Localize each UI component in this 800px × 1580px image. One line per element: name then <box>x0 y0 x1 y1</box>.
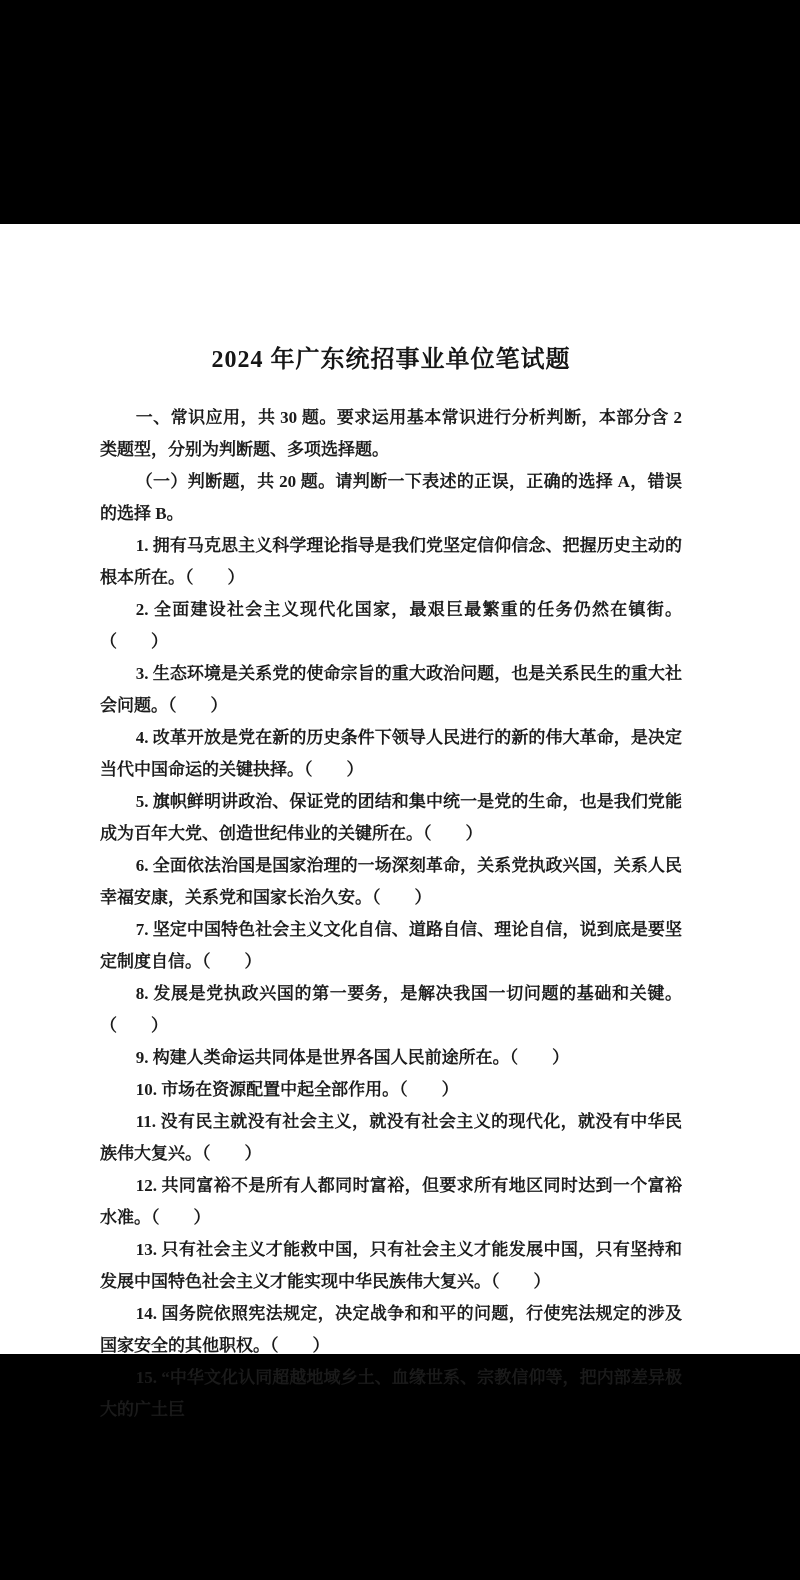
question-item: 10. 市场在资源配置中起全部作用。（ ） <box>100 1074 682 1106</box>
question-item: 4. 改革开放是党在新的历史条件下领导人民进行的新的伟大革命，是决定当代中国命运… <box>100 722 682 786</box>
question-item: 2. 全面建设社会主义现代化国家，最艰巨最繁重的任务仍然在镇街。（ ） <box>100 594 682 658</box>
question-item: 6. 全面依法治国是国家治理的一场深刻革命，关系党执政兴国，关系人民幸福安康，关… <box>100 850 682 914</box>
question-item: 5. 旗帜鲜明讲政治、保证党的团结和集中统一是党的生命，也是我们党能成为百年大党… <box>100 786 682 850</box>
question-item: 13. 只有社会主义才能救中国，只有社会主义才能发展中国，只有坚持和发展中国特色… <box>100 1234 682 1298</box>
document-title: 2024 年广东统招事业单位笔试题 <box>100 344 682 376</box>
question-item: 11. 没有民主就没有社会主义，就没有社会主义的现代化，就没有中华民族伟大复兴。… <box>100 1106 682 1170</box>
screenshot-root: 2024 年广东统招事业单位笔试题 一、常识应用，共 30 题。要求运用基本常识… <box>0 0 800 1580</box>
section-heading: （一）判断题，共 20 题。请判断一下表述的正误，正确的选择 A，错误的选择 B… <box>100 466 682 530</box>
intro-paragraph: 一、常识应用，共 30 题。要求运用基本常识进行分析判断，本部分含 2 类题型，… <box>100 402 682 466</box>
question-list: 1. 拥有马克思主义科学理论指导是我们党坚定信仰信念、把握历史主动的根本所在。（… <box>100 530 682 1426</box>
question-item: 14. 国务院依照宪法规定，决定战争和和平的问题，行使宪法规定的涉及国家安全的其… <box>100 1298 682 1362</box>
question-item: 8. 发展是党执政兴国的第一要务，是解决我国一切问题的基础和关键。（ ） <box>100 978 682 1042</box>
question-item: 9. 构建人类命运共同体是世界各国人民前途所在。（ ） <box>100 1042 682 1074</box>
top-letterbox-bar <box>0 0 800 224</box>
document-page: 2024 年广东统招事业单位笔试题 一、常识应用，共 30 题。要求运用基本常识… <box>0 224 800 1354</box>
question-item: 3. 生态环境是关系党的使命宗旨的重大政治问题，也是关系民生的重大社会问题。（ … <box>100 658 682 722</box>
question-item: 7. 坚定中国特色社会主义文化自信、道路自信、理论自信，说到底是要坚定制度自信。… <box>100 914 682 978</box>
question-item: 1. 拥有马克思主义科学理论指导是我们党坚定信仰信念、把握历史主动的根本所在。（… <box>100 530 682 594</box>
question-item: 12. 共同富裕不是所有人都同时富裕，但要求所有地区同时达到一个富裕水准。（ ） <box>100 1170 682 1234</box>
